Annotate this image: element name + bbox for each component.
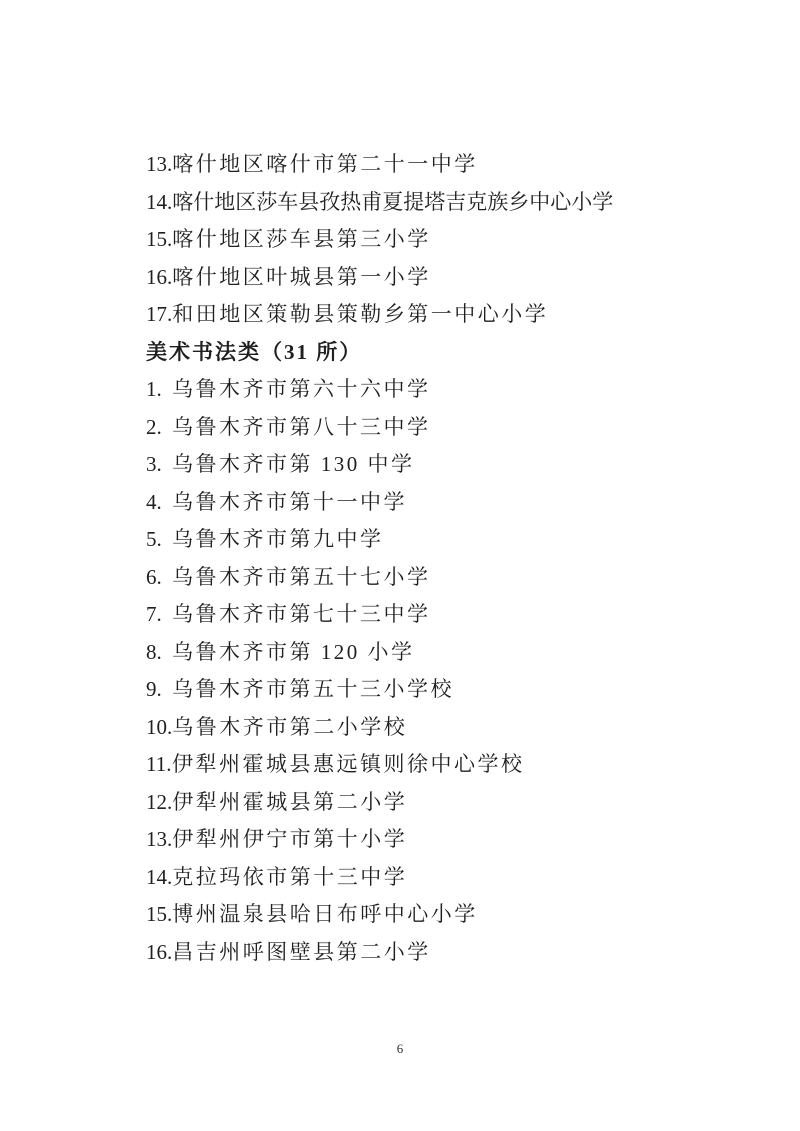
page-number: 6 bbox=[0, 1041, 800, 1057]
list-item: 4.乌鲁木齐市第十一中学 bbox=[146, 484, 613, 522]
list-item-text: 乌鲁木齐市第 130 中学 bbox=[172, 452, 415, 476]
list-item-text: 伊犁州霍城县第二小学 bbox=[172, 790, 407, 814]
list-item: 7.乌鲁木齐市第七十三中学 bbox=[146, 596, 613, 634]
list-item: 14.喀什地区莎车县孜热甫夏提塔吉克族乡中心小学 bbox=[146, 184, 613, 222]
document-page: 13.喀什地区喀什市第二十一中学14.喀什地区莎车县孜热甫夏提塔吉克族乡中心小学… bbox=[0, 0, 800, 1131]
list-item-number: 10. bbox=[146, 709, 172, 747]
list-item-number: 17. bbox=[146, 296, 172, 334]
list-item-text: 博州温泉县哈日布呼中心小学 bbox=[172, 902, 478, 926]
list-item: 5.乌鲁木齐市第九中学 bbox=[146, 521, 613, 559]
list-item-text: 乌鲁木齐市第五十七小学 bbox=[172, 565, 431, 589]
list-item-number: 1. bbox=[146, 371, 172, 409]
list-item: 15.博州温泉县哈日布呼中心小学 bbox=[146, 896, 613, 934]
list-item-text: 和田地区策勒县策勒乡第一中心小学 bbox=[172, 302, 548, 326]
list-item-number: 6. bbox=[146, 559, 172, 597]
list-item: 12.伊犁州霍城县第二小学 bbox=[146, 784, 613, 822]
list-item-number: 13. bbox=[146, 821, 172, 859]
list-item-text: 伊犁州伊宁市第十小学 bbox=[172, 827, 407, 851]
list-item-number: 8. bbox=[146, 634, 172, 672]
list-item-text: 乌鲁木齐市第二小学校 bbox=[172, 715, 407, 739]
list-item: 3.乌鲁木齐市第 130 中学 bbox=[146, 446, 613, 484]
list-item-number: 4. bbox=[146, 484, 172, 522]
list-item: 6.乌鲁木齐市第五十七小学 bbox=[146, 559, 613, 597]
list-item-text: 乌鲁木齐市第八十三中学 bbox=[172, 415, 431, 439]
list-item-number: 16. bbox=[146, 934, 172, 972]
section-heading: 美术书法类（31 所） bbox=[146, 334, 613, 372]
list-item: 2.乌鲁木齐市第八十三中学 bbox=[146, 409, 613, 447]
list-item-text: 伊犁州霍城县惠远镇则徐中心学校 bbox=[172, 752, 525, 776]
list-item-text: 喀什地区叶城县第一小学 bbox=[172, 265, 431, 289]
list-item-number: 15. bbox=[146, 896, 172, 934]
list-item-text: 乌鲁木齐市第 120 小学 bbox=[172, 640, 415, 664]
list-item-text: 喀什地区莎车县第三小学 bbox=[172, 227, 431, 251]
list-item: 10.乌鲁木齐市第二小学校 bbox=[146, 709, 613, 747]
list-item-number: 12. bbox=[146, 784, 172, 822]
list-item: 17.和田地区策勒县策勒乡第一中心小学 bbox=[146, 296, 613, 334]
list-item: 14.克拉玛依市第十三中学 bbox=[146, 859, 613, 897]
list-item-number: 9. bbox=[146, 671, 172, 709]
list-item-text: 乌鲁木齐市第九中学 bbox=[172, 527, 384, 551]
list-item-number: 5. bbox=[146, 521, 172, 559]
list-item-text: 喀什地区莎车县孜热甫夏提塔吉克族乡中心小学 bbox=[172, 190, 613, 214]
list-item-number: 11. bbox=[146, 746, 172, 784]
list-item-number: 13. bbox=[146, 146, 172, 184]
list-item-number: 15. bbox=[146, 221, 172, 259]
list-item: 9.乌鲁木齐市第五十三小学校 bbox=[146, 671, 613, 709]
list-item-number: 7. bbox=[146, 596, 172, 634]
list-item: 1.乌鲁木齐市第六十六中学 bbox=[146, 371, 613, 409]
list-item-number: 3. bbox=[146, 446, 172, 484]
list-item: 16.喀什地区叶城县第一小学 bbox=[146, 259, 613, 297]
list-item-text: 乌鲁木齐市第七十三中学 bbox=[172, 602, 431, 626]
list-item: 8.乌鲁木齐市第 120 小学 bbox=[146, 634, 613, 672]
list-item-text: 克拉玛依市第十三中学 bbox=[172, 865, 407, 889]
list-item-text: 乌鲁木齐市第十一中学 bbox=[172, 490, 407, 514]
list-item: 13.伊犁州伊宁市第十小学 bbox=[146, 821, 613, 859]
list-item: 11.伊犁州霍城县惠远镇则徐中心学校 bbox=[146, 746, 613, 784]
school-list: 1.乌鲁木齐市第六十六中学2.乌鲁木齐市第八十三中学3.乌鲁木齐市第 130 中… bbox=[146, 371, 613, 971]
list-item: 15.喀什地区莎车县第三小学 bbox=[146, 221, 613, 259]
list-item-number: 14. bbox=[146, 184, 172, 222]
list-item: 16.昌吉州呼图壁县第二小学 bbox=[146, 934, 613, 972]
page-content: 13.喀什地区喀什市第二十一中学14.喀什地区莎车县孜热甫夏提塔吉克族乡中心小学… bbox=[146, 146, 613, 971]
list-item: 13.喀什地区喀什市第二十一中学 bbox=[146, 146, 613, 184]
continuation-list: 13.喀什地区喀什市第二十一中学14.喀什地区莎车县孜热甫夏提塔吉克族乡中心小学… bbox=[146, 146, 613, 334]
list-item-text: 乌鲁木齐市第五十三小学校 bbox=[172, 677, 454, 701]
list-item-number: 2. bbox=[146, 409, 172, 447]
list-item-number: 14. bbox=[146, 859, 172, 897]
list-item-number: 16. bbox=[146, 259, 172, 297]
list-item-text: 喀什地区喀什市第二十一中学 bbox=[172, 152, 478, 176]
list-item-text: 乌鲁木齐市第六十六中学 bbox=[172, 377, 431, 401]
list-item-text: 昌吉州呼图壁县第二小学 bbox=[172, 940, 431, 964]
